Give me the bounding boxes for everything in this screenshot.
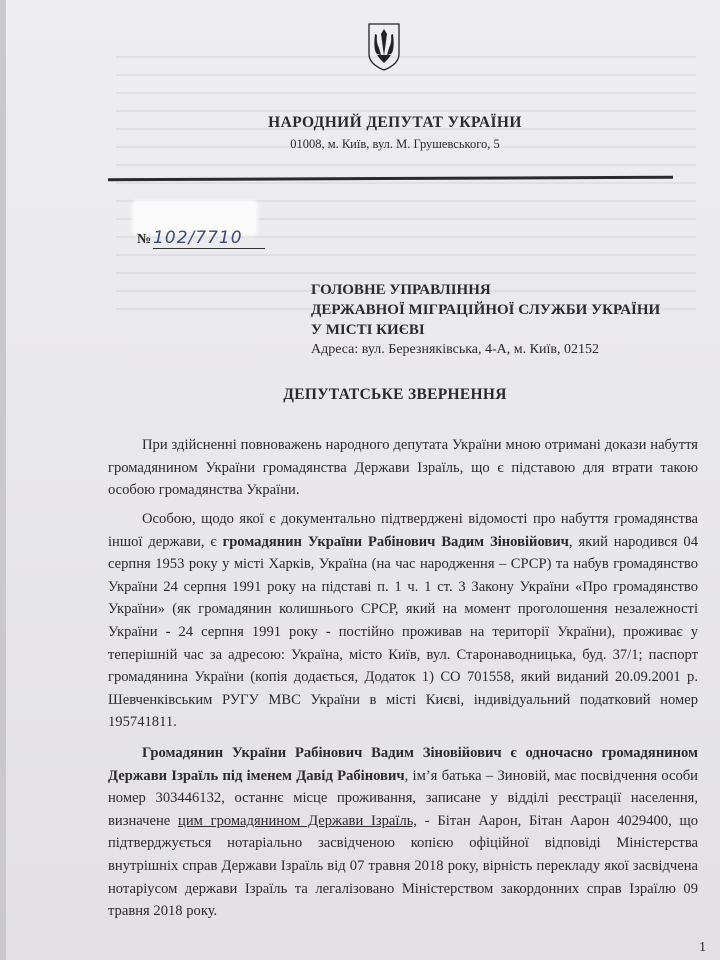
addressee-line-1: ГОЛОВНЕ УПРАВЛІННЯ [311, 280, 660, 300]
addressee-address: Адреса: вул. Березняківська, 4-А, м. Киї… [311, 340, 660, 360]
reference-number-value: 102/7710 [153, 228, 265, 249]
bleed-through-text [116, 40, 696, 310]
reference-number-label: № [137, 232, 151, 247]
ukraine-trident-emblem-icon [366, 22, 402, 72]
paragraph-3-underlined: цим громадянином Держави Ізраїль, [178, 813, 417, 829]
paragraph-2: Особою, щодо якої є документально підтве… [108, 508, 698, 734]
paragraph-2-person-name: громадянин України Рабінович Вадим Зінов… [223, 534, 569, 550]
letterhead-title: НАРОДНИЙ ДЕПУТАТ УКРАЇНИ [0, 114, 720, 132]
letterhead-address: 01008, м. Київ, вул. М. Грушевського, 5 [0, 137, 720, 152]
paragraph-1-text: При здійсненні повноважень народного деп… [108, 434, 698, 502]
paragraph-1: При здійсненні повноважень народного деп… [108, 434, 698, 502]
page-number: 1 [699, 940, 706, 956]
reference-number: №102/7710 [137, 228, 265, 249]
addressee-block: ГОЛОВНЕ УПРАВЛІННЯ ДЕРЖАВНОЇ МІГРАЦІЙНОЇ… [311, 280, 660, 360]
addressee-line-2: ДЕРЖАВНОЇ МІГРАЦІЙНОЇ СЛУЖБИ УКРАЇНИ [311, 300, 660, 320]
paragraph-3: Громадянин України Рабінович Вадим Зінов… [108, 742, 698, 923]
document-title: ДЕПУТАТСЬКЕ ЗВЕРНЕННЯ [0, 386, 720, 404]
paragraph-2-end: , який народився 04 серпня 1953 року у м… [108, 534, 698, 731]
addressee-line-3: У МІСТІ КИЄВІ [311, 320, 660, 340]
